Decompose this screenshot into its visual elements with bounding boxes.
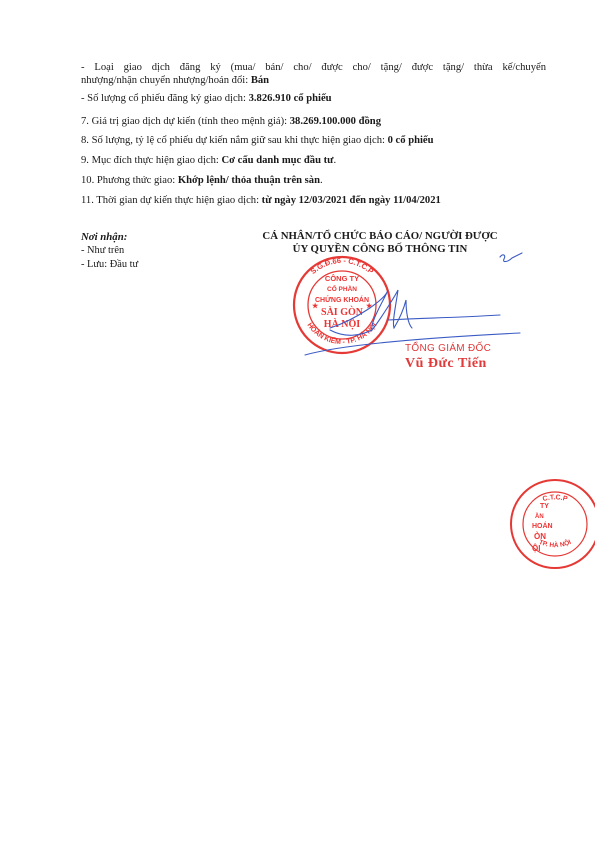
svg-text:C.T.C.P: C.T.C.P xyxy=(542,494,569,503)
signer-name: Vũ Đức Tiến xyxy=(405,356,487,372)
seal-and-signature-graphics: S.G.Đ.66 - C.T.C.P HOÀN KIẾM - TP. HÀ NỘ… xyxy=(0,0,595,842)
svg-text:TY: TY xyxy=(540,503,549,510)
svg-text:CỔ PHẦN: CỔ PHẦN xyxy=(327,283,357,293)
svg-text:ỘI: ỘI xyxy=(532,544,540,553)
svg-text:CÔNG TY: CÔNG TY xyxy=(325,274,359,283)
svg-text:CHỨNG KHOÁN: CHỨNG KHOÁN xyxy=(315,295,369,304)
svg-text:S.G.Đ.66 - C.T.C.P: S.G.Đ.66 - C.T.C.P xyxy=(309,256,376,276)
edge-seal: C.T.C.P TP. HÀ NỘI TY ẦN HOÁN ÒN ỘI xyxy=(511,480,595,568)
svg-text:ẦN: ẦN xyxy=(535,513,544,520)
signer-title: TỔNG GIÁM ĐỐC xyxy=(405,343,491,354)
svg-text:HOÁN: HOÁN xyxy=(532,521,553,530)
svg-text:ÒN: ÒN xyxy=(534,532,546,541)
